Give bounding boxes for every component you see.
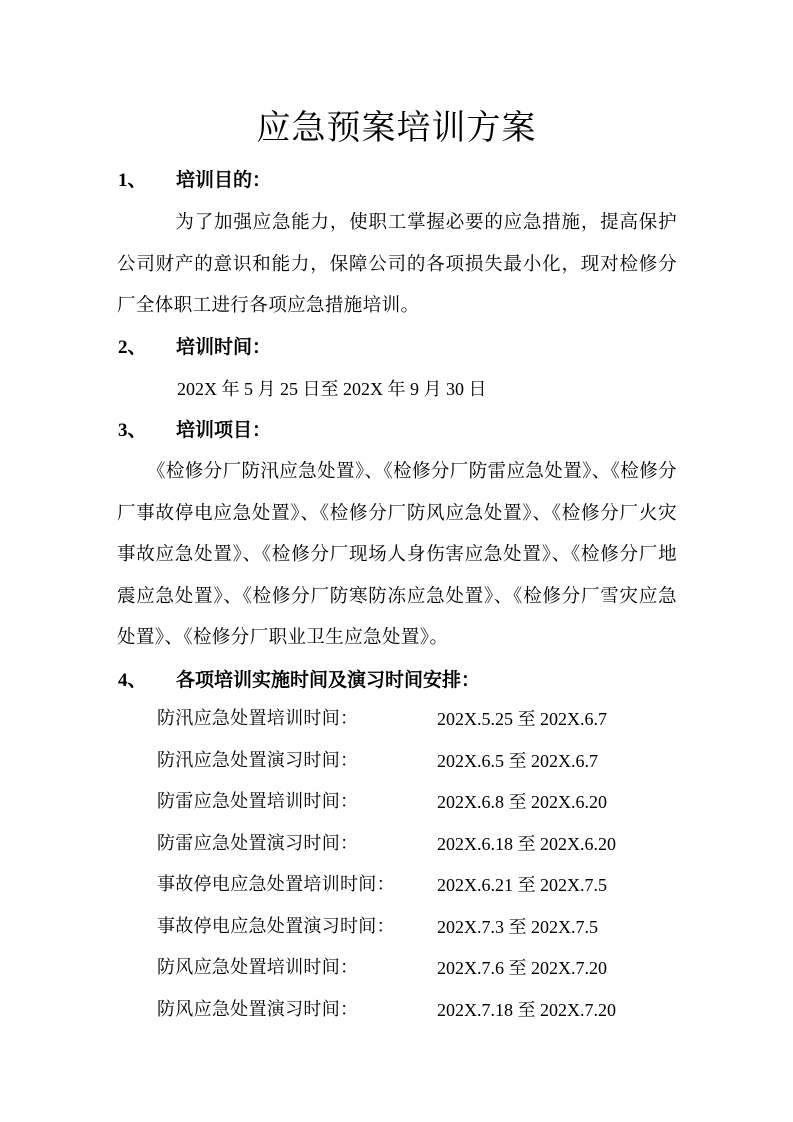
schedule-label: 防风应急处置培训时间： — [157, 955, 358, 981]
schedule-range: 202X.7.3 至 202X.7.5 — [437, 914, 598, 940]
schedule-row: 事故停电应急处置演习时间： 202X.7.3 至 202X.7.5 — [157, 914, 677, 956]
section-heading-schedule: 4、各项培训实施时间及演习时间安排： — [118, 667, 480, 694]
schedule-row: 防风应急处置培训时间： 202X.7.6 至 202X.7.20 — [157, 955, 677, 997]
schedule-label: 事故停电应急处置演习时间： — [157, 914, 395, 940]
section-heading-text: 培训项目： — [176, 419, 271, 441]
schedule-range: 202X.6.8 至 202X.6.20 — [437, 789, 607, 815]
section-heading-items: 3、培训项目： — [118, 417, 271, 444]
schedule-range: 202X.6.21 至 202X.7.5 — [437, 872, 607, 898]
section-number: 4、 — [118, 668, 176, 694]
document-page: 应急预案培训方案 1、培训目的： 为了加强应急能力，使职工掌握必要的应急措施，提… — [0, 0, 793, 1122]
section-heading-text: 培训时间： — [176, 336, 271, 358]
schedule-row: 防雷应急处置培训时间： 202X.6.8 至 202X.6.20 — [157, 789, 677, 831]
schedule-label: 防汛应急处置演习时间： — [157, 748, 358, 774]
schedule-row: 防汛应急处置培训时间： 202X.5.25 至 202X.6.7 — [157, 706, 677, 748]
section-body-items: 《检修分厂防汛应急处置》、《检修分厂防雷应急处置》、《检修分厂事故停电应急处置》… — [117, 451, 677, 659]
schedule-range: 202X.7.18 至 202X.7.20 — [437, 997, 616, 1023]
section-number: 3、 — [118, 418, 176, 444]
schedule-row: 事故停电应急处置培训时间： 202X.6.21 至 202X.7.5 — [157, 872, 677, 914]
paragraph-text: 为了加强应急能力，使职工掌握必要的应急措施，提高保护公司财产的意识和能力，保障公… — [117, 212, 677, 316]
schedule-list: 防汛应急处置培训时间： 202X.5.25 至 202X.6.7 防汛应急处置演… — [157, 706, 677, 1038]
schedule-row: 防雷应急处置演习时间： 202X.6.18 至 202X.6.20 — [157, 831, 677, 873]
training-period: 202X 年 5 月 25 日至 202X 年 9 月 30 日 — [177, 376, 487, 402]
section-heading-time: 2、培训时间： — [118, 334, 271, 361]
schedule-label: 防雷应急处置培训时间： — [157, 789, 358, 815]
schedule-row: 防风应急处置演习时间： 202X.7.18 至 202X.7.20 — [157, 997, 677, 1039]
section-heading-purpose: 1、培训目的： — [118, 167, 271, 194]
schedule-label: 防雷应急处置演习时间： — [157, 831, 358, 857]
schedule-range: 202X.5.25 至 202X.6.7 — [437, 706, 607, 732]
document-title: 应急预案培训方案 — [0, 104, 793, 152]
schedule-range: 202X.6.18 至 202X.6.20 — [437, 831, 616, 857]
schedule-range: 202X.7.6 至 202X.7.20 — [437, 955, 607, 981]
schedule-label: 防汛应急处置培训时间： — [157, 706, 358, 732]
section-number: 2、 — [118, 335, 176, 361]
section-heading-text: 各项培训实施时间及演习时间安排： — [176, 669, 480, 691]
section-body-purpose: 为了加强应急能力，使职工掌握必要的应急措施，提高保护公司财产的意识和能力，保障公… — [117, 202, 677, 327]
schedule-range: 202X.6.5 至 202X.6.7 — [437, 748, 598, 774]
section-number: 1、 — [118, 168, 176, 194]
schedule-label: 事故停电应急处置培训时间： — [157, 872, 395, 898]
section-heading-text: 培训目的： — [176, 169, 271, 191]
schedule-row: 防汛应急处置演习时间： 202X.6.5 至 202X.6.7 — [157, 748, 677, 790]
paragraph-text: 《检修分厂防汛应急处置》、《检修分厂防雷应急处置》、《检修分厂事故停电应急处置》… — [117, 461, 677, 648]
schedule-label: 防风应急处置演习时间： — [157, 997, 358, 1023]
